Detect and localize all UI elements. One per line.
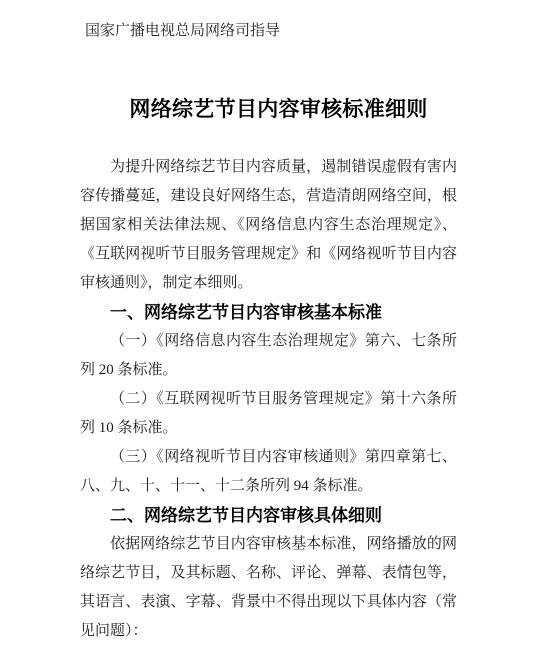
document-title: 网络综艺节目内容审核标准细则 (0, 97, 557, 123)
text-line: 容传播蔓延，建设良好网络生态，营造清朗网络空间，根 (80, 182, 457, 211)
text-line: 见问题）： (80, 617, 457, 646)
text-line: 审核通则》，制定本细则。 (80, 269, 457, 298)
document-page: 国家广播电视总局网络司指导 网络综艺节目内容审核标准细则 为提升网络综艺节目内容… (0, 0, 557, 661)
text-line: 络综艺节目，及其标题、名称、评论、弹幕、表情包等， (80, 559, 457, 588)
text-line: （三）《网络视听节目内容审核通则》第四章第七、 (80, 443, 457, 472)
text-line: （一）《网络信息内容生态治理规定》第六、七条所 (80, 327, 457, 356)
section-1: 一、网络综艺节目内容审核基本标准 （一）《网络信息内容生态治理规定》第六、七条所… (80, 298, 457, 501)
section-2-heading: 二、网络综艺节目内容审核具体细则 (80, 501, 457, 530)
text-line: 列 20 条标准。 (80, 356, 457, 385)
section-1-heading: 一、网络综艺节目内容审核基本标准 (80, 298, 457, 327)
text-line: 列 10 条标准。 (80, 414, 457, 443)
text-line: 为提升网络综艺节目内容质量，遏制错误虚假有害内 (80, 153, 457, 182)
text-line: 八、九、十、十一、十二条所列 94 条标准。 (80, 472, 457, 501)
document-body: 为提升网络综艺节目内容质量，遏制错误虚假有害内 容传播蔓延，建设良好网络生态，营… (80, 153, 457, 646)
text-line: 据国家相关法律法规、《网络信息内容生态治理规定》、 (80, 211, 457, 240)
section-2: 二、网络综艺节目内容审核具体细则 依据网络综艺节目内容审核基本标准，网络播放的网… (80, 501, 457, 646)
paragraph-intro: 为提升网络综艺节目内容质量，遏制错误虚假有害内 容传播蔓延，建设良好网络生态，营… (80, 153, 457, 298)
text-line: （二）《互联网视听节目服务管理规定》第十六条所 (80, 385, 457, 414)
text-line: 依据网络综艺节目内容审核基本标准，网络播放的网 (80, 530, 457, 559)
text-line: 《互联网视听节目服务管理规定》和《网络视听节目内容 (80, 240, 457, 269)
document-guidance-note: 国家广播电视总局网络司指导 (85, 21, 280, 41)
text-line: 其语言、表演、字幕、背景中不得出现以下具体内容（常 (80, 588, 457, 617)
